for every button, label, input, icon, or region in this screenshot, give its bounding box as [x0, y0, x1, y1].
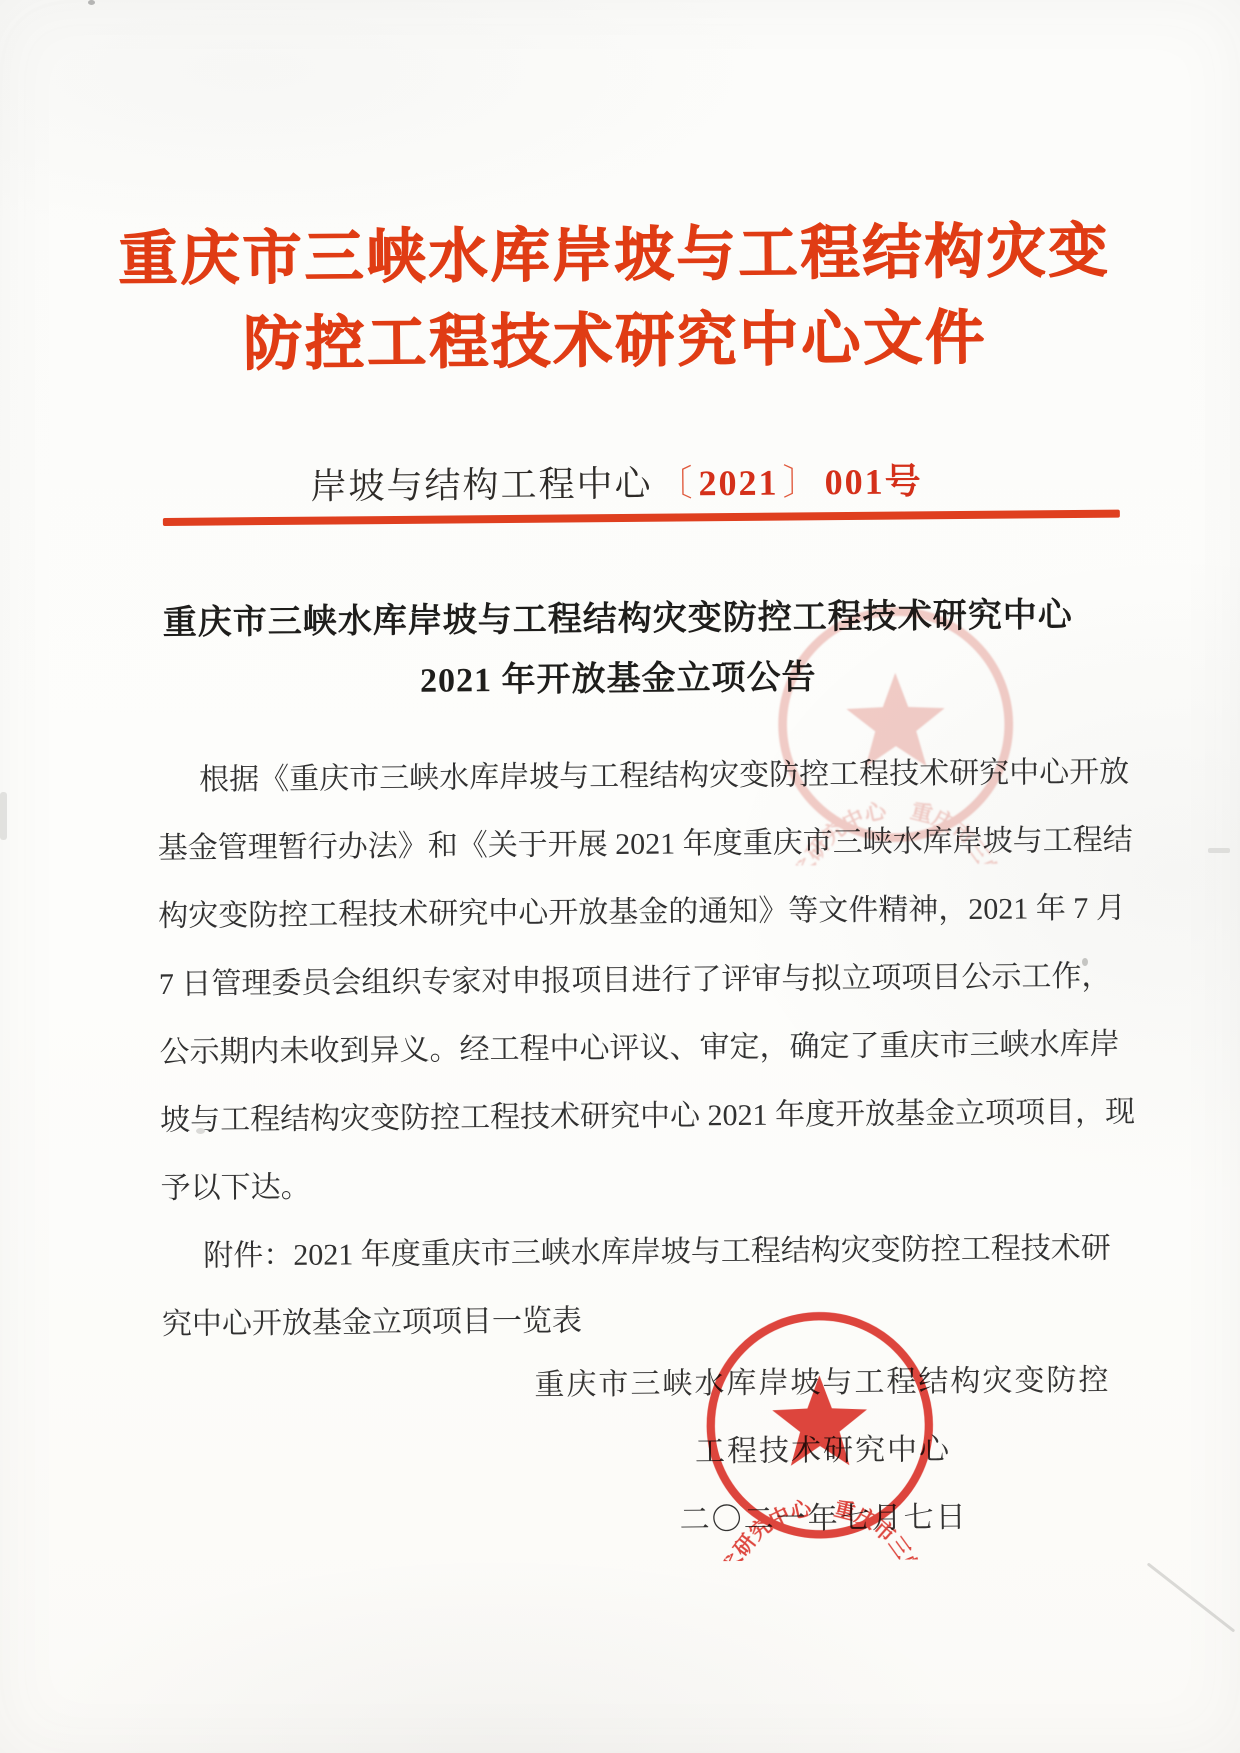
letterhead-title: 重庆市三峡水库岸坡与工程结构灾变 防控工程技术研究中心文件: [0, 207, 1236, 390]
body-line: 公示期内未收到异义。经工程中心评议、审定，确定了重庆市三峡水库岸: [159, 1011, 1092, 1087]
scan-artifact: [88, 0, 95, 5]
doc-number-unit: 号: [884, 461, 922, 501]
notice-title-line2: 2021 年开放基金立项公告: [0, 645, 1239, 716]
body-line: 基金管理暂行办法》和《关于开展 2021 年度重庆市三峡水库岸坡与工程结: [157, 807, 1090, 883]
red-separator-rule: [163, 510, 1120, 526]
body-line: 根据《重庆市三峡水库岸坡与工程结构灾变防控工程技术研究中心开放: [157, 739, 1090, 815]
signature-org-line1: 重庆市三峡水库岸坡与工程结构灾变防控: [472, 1346, 1173, 1420]
body-line: 予以下达。: [160, 1147, 1093, 1223]
notice-title: 重庆市三峡水库岸坡与工程结构灾变防控工程技术研究中心 2021 年开放基金立项公…: [0, 585, 1239, 716]
scan-artifact: [1208, 848, 1230, 853]
scan-artifact: [1082, 958, 1088, 966]
doc-number-issuer: 岸坡与结构工程中心: [310, 464, 652, 507]
body-paragraphs: 根据《重庆市三峡水库岸坡与工程结构灾变防控工程技术研究中心开放 基金管理暂行办法…: [157, 739, 1094, 1359]
attachment-line: 附件：2021 年度重庆市三峡水库岸坡与工程结构灾变防控工程技术研: [161, 1215, 1094, 1291]
scan-artifact: [0, 792, 7, 840]
body-line: 7 日管理委员会组织专家对申报项目进行了评审与拟立项项目公示工作，: [159, 943, 1092, 1019]
signature-date: 二〇二一年七月七日: [473, 1482, 1174, 1556]
signature-org-line2: 工程技术研究中心: [473, 1414, 1174, 1488]
doc-number-year: 2021: [698, 463, 778, 504]
scan-skew-wrapper: 重庆市三峡水库岸坡与工程结构灾变 防控工程技术研究中心文件 岸坡与结构工程中心〔…: [0, 0, 1240, 1753]
doc-number-close-bracket: 〕: [778, 462, 824, 502]
doc-number: 岸坡与结构工程中心〔2021〕001号: [0, 457, 1237, 512]
letterhead-title-line2: 防控工程技术研究中心文件: [0, 293, 1236, 390]
body-line: 构灾变防控工程技术研究中心开放基金的通知》等文件精神，2021 年 7 月: [158, 875, 1091, 951]
signature-block: 重庆市三峡水库岸坡与工程结构灾变防控 工程技术研究中心 二〇二一年七月七日: [472, 1346, 1174, 1556]
doc-number-serial: 001: [824, 462, 884, 503]
notice-title-line1: 重庆市三峡水库岸坡与工程结构灾变防控工程技术研究中心: [0, 585, 1238, 656]
doc-number-open-bracket: 〔: [652, 463, 698, 503]
letterhead-title-line1: 重庆市三峡水库岸坡与工程结构灾变: [0, 207, 1235, 304]
scanned-document-page: 重庆市三峡水库岸坡与工程结构灾变 防控工程技术研究中心文件 岸坡与结构工程中心〔…: [0, 0, 1240, 1753]
scan-artifact: [196, 1128, 205, 1134]
body-line: 坡与工程结构灾变防控工程技术研究中心 2021 年度开放基金立项项目，现: [160, 1079, 1093, 1155]
